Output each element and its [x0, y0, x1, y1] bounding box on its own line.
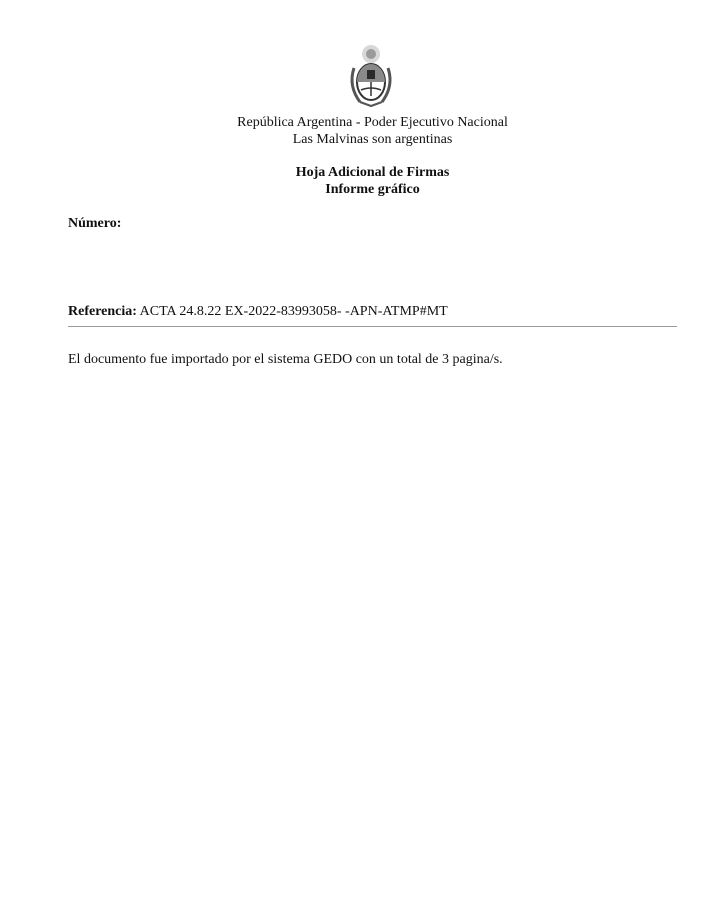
horizontal-divider — [68, 326, 677, 327]
import-notice: El documento fue importado por el sistem… — [68, 352, 503, 368]
numero-label: Número: — [68, 216, 121, 231]
referencia-value: ACTA 24.8.22 EX-2022-83993058- -APN-ATMP… — [140, 304, 448, 319]
header-government-name: República Argentina - Poder Ejecutivo Na… — [0, 114, 720, 131]
document-subtitle: Informe gráfico — [0, 181, 720, 198]
numero-field: Número: — [68, 216, 121, 232]
referencia-label: Referencia: — [68, 304, 137, 319]
referencia-field: Referencia: ACTA 24.8.22 EX-2022-8399305… — [68, 304, 448, 320]
header-motto: Las Malvinas son argentinas — [0, 131, 720, 148]
document-title: Hoja Adicional de Firmas — [0, 164, 720, 181]
argentina-coat-of-arms-icon — [346, 42, 396, 110]
